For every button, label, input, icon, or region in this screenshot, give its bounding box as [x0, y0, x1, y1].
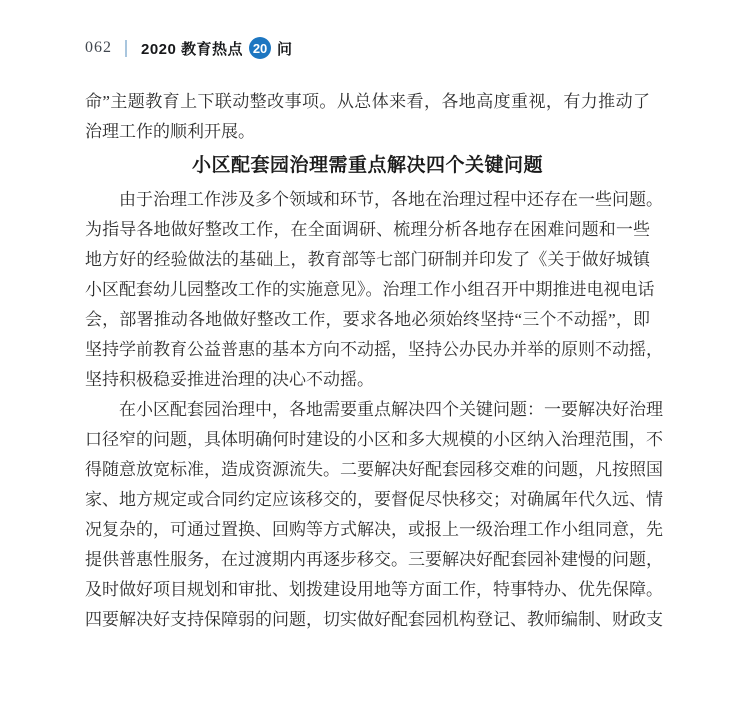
text-line: 小区配套幼儿园整改工作的实施意见》。治理工作小组召开中期推进电视电话 [85, 275, 650, 305]
series-title-suffix: 问 [277, 38, 293, 59]
paragraph-1: 命”主题教育上下联动整改事项。从总体来看，各地高度重视，有力推动了 治理工作的顺… [85, 87, 650, 147]
section-heading: 小区配套园治理需重点解决四个关键问题 [85, 147, 650, 185]
text-line: 口径窄的问题，具体明确何时建设的小区和多大规模的小区纳入治理范围，不 [85, 425, 650, 455]
topic-count-badge: 20 [249, 37, 271, 59]
page-number: 062 [85, 39, 112, 57]
text-line: 治理工作的顺利开展。 [85, 117, 650, 147]
text-line: 家、地方规定或合同约定应该移交的，要督促尽快移交；对确属年代久远、情 [85, 485, 650, 515]
paragraph-2: 由于治理工作涉及多个领域和环节，各地在治理过程中还存在一些问题。 为指导各地做好… [85, 185, 650, 395]
book-page: 062 2020 教育热点 20 问 命”主题教育上下联动整改事项。从总体来看，… [0, 0, 735, 706]
text-line: 命”主题教育上下联动整改事项。从总体来看，各地高度重视，有力推动了 [85, 87, 650, 117]
text-line: 为指导各地做好整改工作，在全面调研、梳理分析各地存在困难问题和一些 [85, 215, 650, 245]
header-divider [125, 40, 127, 57]
text-line: 及时做好项目规划和审批、划拨建设用地等方面工作，特事特办、优先保障。 [85, 575, 650, 605]
paragraph-3: 在小区配套园治理中，各地需要重点解决四个关键问题：一要解决好治理 口径窄的问题，… [85, 395, 650, 635]
series-title-prefix: 2020 教育热点 [141, 38, 243, 59]
text-line: 提供普惠性服务，在过渡期内再逐步移交。三要解决好配套园补建慢的问题， [85, 545, 650, 575]
text-line: 得随意放宽标准，造成资源流失。二要解决好配套园移交难的问题，凡按照国 [85, 455, 650, 485]
page-body: 命”主题教育上下联动整改事项。从总体来看，各地高度重视，有力推动了 治理工作的顺… [85, 87, 650, 635]
text-line: 况复杂的，可通过置换、回购等方式解决，或报上一级治理工作小组同意，先 [85, 515, 650, 545]
text-line: 坚持学前教育公益普惠的基本方向不动摇，坚持公办民办并举的原则不动摇， [85, 335, 650, 365]
text-line: 在小区配套园治理中，各地需要重点解决四个关键问题：一要解决好治理 [85, 395, 650, 425]
text-line: 地方好的经验做法的基础上，教育部等七部门研制并印发了《关于做好城镇 [85, 245, 650, 275]
text-line: 坚持积极稳妥推进治理的决心不动摇。 [85, 365, 650, 395]
text-line: 由于治理工作涉及多个领域和环节，各地在治理过程中还存在一些问题。 [85, 185, 650, 215]
running-header: 062 2020 教育热点 20 问 [85, 36, 293, 60]
text-line: 四要解决好支持保障弱的问题，切实做好配套园机构登记、教师编制、财政支 [85, 605, 650, 635]
text-line: 会，部署推动各地做好整改工作，要求各地必须始终坚持“三个不动摇”，即 [85, 305, 650, 335]
